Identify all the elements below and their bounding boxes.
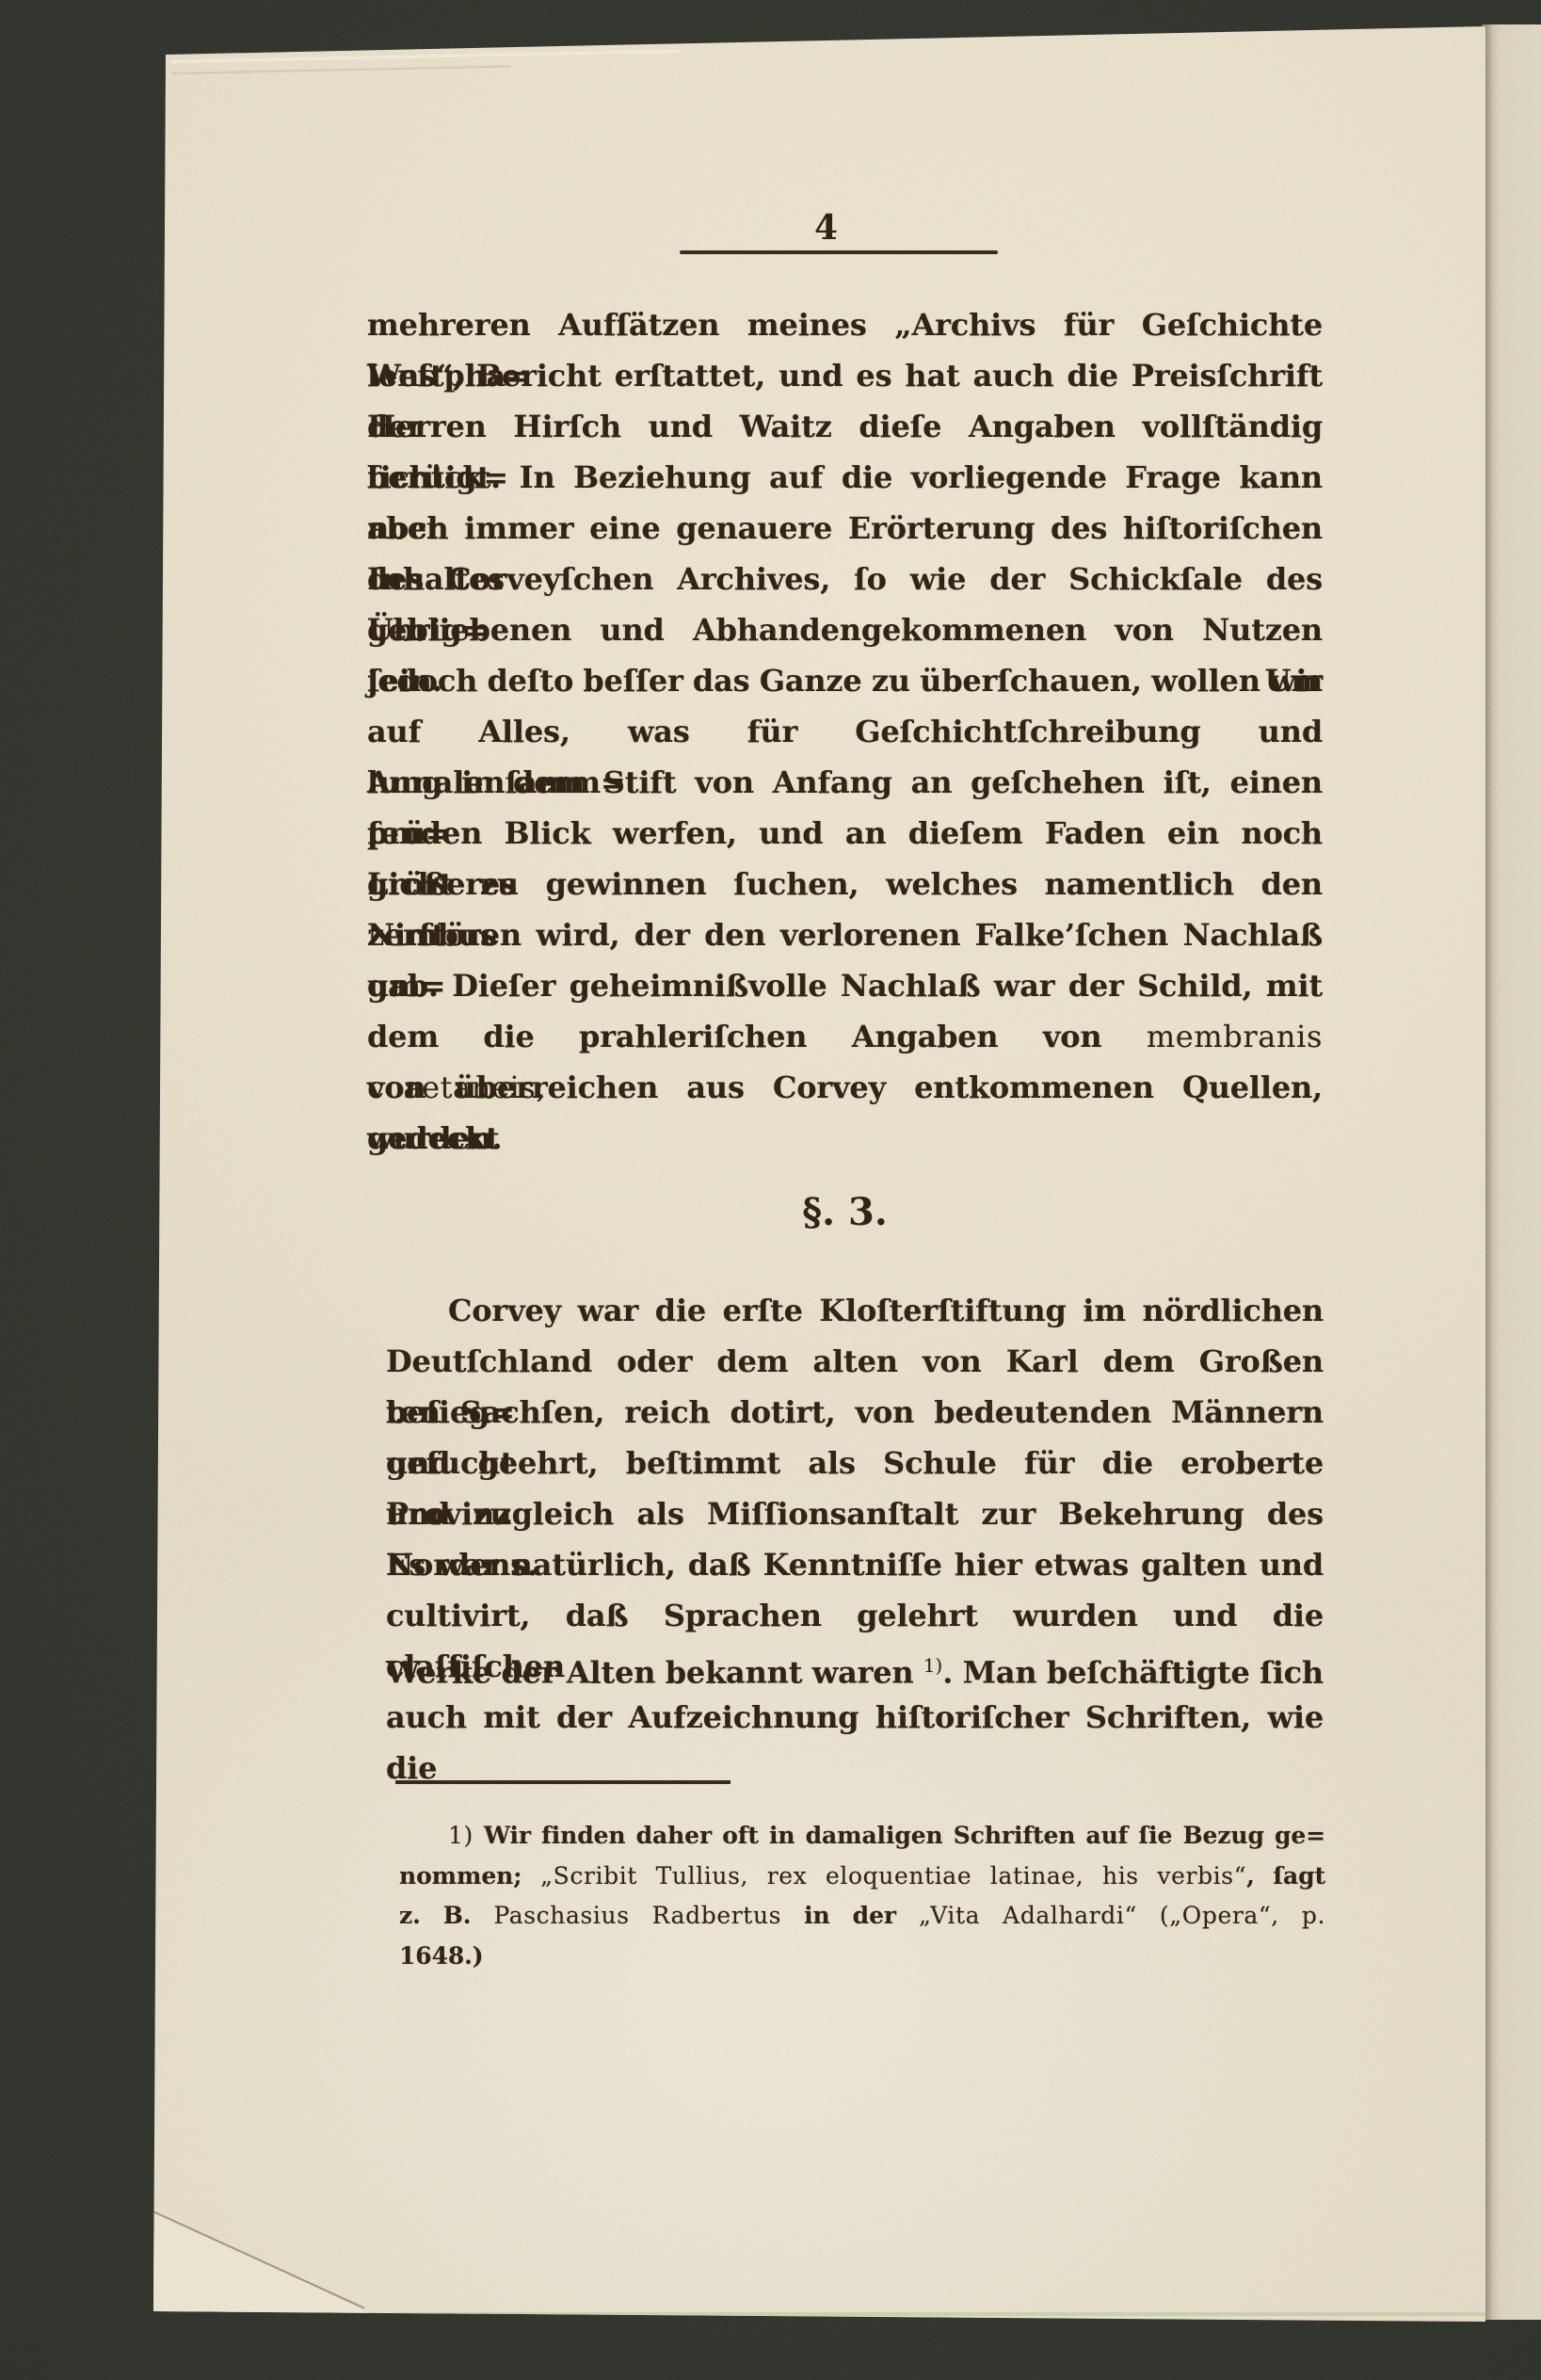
text-line: Es war natürlich, daß Kenntniſſe hier et… <box>386 1539 1324 1590</box>
text-line: ſichtigt. In Beziehung auf die vorliegen… <box>367 452 1323 503</box>
text-line: Werke der Alten bekannt waren 1). Man be… <box>386 1641 1324 1692</box>
german-text: in der <box>781 1902 919 1929</box>
text-line: gebliebenen und Abhandengekommenen von N… <box>367 604 1323 655</box>
german-text: Wir finden daher oft in damaligen Schrif… <box>484 1822 1325 1849</box>
german-text: z. B. <box>399 1902 493 1929</box>
footnote-line: z. B. Paschasius Radbertus in der „Vita … <box>399 1896 1325 1937</box>
text-line: ten Sachſen, reich dotirt, von bedeutend… <box>386 1387 1324 1438</box>
text-line: jedoch deſto beſſer das Ganze zu überſch… <box>367 655 1323 706</box>
stacked-page-edge <box>171 65 510 74</box>
adjacent-page-edge <box>1482 24 1541 2320</box>
text-line: auf Alles, was für Geſchichtſchreibung u… <box>367 706 1323 757</box>
paragraph-2: Corvey war die erſte Kloſterſtiftung im … <box>386 1285 1324 1743</box>
footnote-rule <box>395 1780 730 1784</box>
text-line: des Corveyſchen Archives, ſo wie der Sch… <box>367 554 1323 604</box>
german-text: , ſagt <box>1246 1862 1325 1890</box>
german-text: Werke der Alten bekannt waren <box>386 1655 923 1691</box>
text-line: fenden Blick werfen, und an dieſem Faden… <box>367 808 1323 859</box>
latin-text: „Scribit Tullius, rex eloquentiae latina… <box>540 1862 1246 1890</box>
text-line: und geehrt, beſtimmt als Schule für die … <box>386 1438 1324 1488</box>
text-line: noch immer eine genauere Erörterung des … <box>367 503 1323 554</box>
text-line: Deutſchland oder dem alten von Karl dem … <box>386 1336 1324 1387</box>
text-line: dem die prahleriſchen Angaben von membra… <box>367 1011 1323 1062</box>
book-page: 4 mehreren Aufſätzen meines „Archivs für… <box>0 0 1541 2380</box>
paragraph-1: mehreren Aufſätzen meines „Archivs für G… <box>367 299 1323 1164</box>
text-line: auch mit der Aufzeichnung hiſtoriſcher S… <box>386 1692 1324 1743</box>
text-line: wurden. <box>367 1113 1323 1164</box>
section-heading: §. 3. <box>367 1184 1323 1241</box>
text-line: mehreren Aufſätzen meines „Archivs für G… <box>367 299 1323 350</box>
german-text: . Man beſchäftigte ſich <box>942 1655 1324 1691</box>
footnote-line: nommen; „Scribit Tullius, rex eloquentia… <box>399 1857 1325 1897</box>
text-line: gab. Dieſer geheimnißvolle Nachlaß war d… <box>367 960 1323 1011</box>
footnote-line: 1648.) <box>399 1937 1325 1977</box>
text-line: und zugleich als Miſſionsanſtalt zur Bek… <box>386 1488 1324 1539</box>
footnote-marker: 1) <box>923 1655 942 1677</box>
footnote-line: 1) Wir finden daher oft in damaligen Sch… <box>399 1816 1325 1857</box>
text-line: lung in dem Stift von Anfang an geſchehe… <box>367 757 1323 808</box>
scan-edge-artifact <box>395 2312 1485 2316</box>
footnote: 1) Wir finden daher oft in damaligen Sch… <box>399 1816 1325 1976</box>
text-line: von überreichen aus Corvey entkommenen Q… <box>367 1062 1323 1113</box>
text-line: Herren Hirſch und Waitz dieſe Angaben vo… <box>367 401 1323 452</box>
text-line: lens“, Bericht erſtattet, und es hat auc… <box>367 350 1323 401</box>
text-line: zerſtören wird, der den verlorenen Falke… <box>367 909 1323 960</box>
german-text: dem die prahleriſchen Angaben von <box>367 1019 1147 1054</box>
page-number-rule <box>680 250 998 254</box>
stacked-page-edge <box>171 50 680 63</box>
footnote-number: 1) <box>448 1822 484 1849</box>
latin-text: Paschasius Radbertus <box>493 1902 781 1929</box>
text-line: Licht zu gewinnen ſuchen, welches nament… <box>367 859 1323 909</box>
text-line: Corvey war die erſte Kloſterſtiftung im … <box>386 1285 1324 1336</box>
latin-text: „Vita Adalhardi“ („Opera“, p. <box>919 1902 1325 1929</box>
text-line: cultivirt, daß Sprachen gelehrt wurden u… <box>386 1590 1324 1641</box>
german-text: nommen; <box>399 1862 540 1890</box>
page-number: 4 <box>348 200 1304 256</box>
scanned-book-photo: 4 mehreren Aufſätzen meines „Archivs für… <box>0 0 1541 2380</box>
